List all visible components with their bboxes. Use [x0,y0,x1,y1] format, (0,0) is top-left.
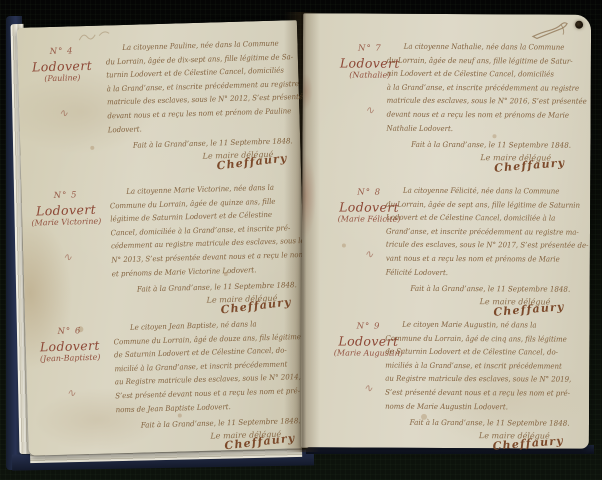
entry-line: miciliés à la Grand’anse, et inscrit pré… [385,358,573,373]
entry-margin: N° 4Lodovert(Pauline)∿ [21,46,103,121]
entry-line: Lodovert et de Célestine Cancel, domicil… [386,211,574,226]
entry-line: vant nous et a reçu les nom et prénoms d… [386,252,574,267]
entry-line: La citoyenne Félicité, née dans la Commu… [386,184,574,199]
register-entry: N° 5Lodovert(Marie Victorine)∿La citoyen… [17,20,297,28]
entry-number: N° 5 [26,190,106,202]
entry-line: noms de Marie Augustin Lodovert. [385,399,573,414]
register-entry: N° 4Lodovert(Pauline)∿La citoyenne Pauli… [17,20,297,28]
entry-line: de Saturnin Lodovert et de Célestine Can… [385,345,573,360]
entry-closing: Fait à la Grand’anse, le 11 Septembre 18… [386,282,588,323]
entry-text: La citoyenne Félicité, née dans la Commu… [386,184,589,323]
entry-closing: Fait à la Grand’anse, le 11 Septembre 18… [116,414,305,459]
entry-dateline: Fait à la Grand’anse, le 11 Septembre 18… [386,138,578,152]
entry-dateline: Fait à la Grand’anse, le 11 Septembre 18… [386,282,578,296]
entry-line: au Registre matricule des esclaves, sous… [385,372,573,387]
entry-given-name: (Jean-Baptiste) [30,352,110,363]
entry-line: tricule des esclaves, sous le N° 2017, S… [386,238,574,253]
entry-closing: Fait à la Grand’anse, le 11 Septembre 18… [108,134,297,179]
entry-line: Grand’anse, et inscrite précédemment au … [386,224,574,239]
paper-hole [575,21,583,29]
register-entry: N° 7Lodovert(Nathalie)∿La citoyenne Nath… [303,13,591,15]
entry-text: La citoyenne Pauline, née dans la Commun… [105,36,297,179]
entry-line: nin Lodovert et de Célestine Cancel, dom… [387,67,575,82]
entry-number: N° 4 [21,46,101,58]
register-entry: N° 8Lodovert(Marie Félicité)∿La citoyenn… [303,13,591,15]
entry-given-name: (Marie Victorine) [26,216,106,227]
entry-given-name: (Pauline) [22,73,102,84]
entry-line: Le citoyen Marie Augustin, né dans la [385,318,573,333]
entry-text: La citoyenne Marie Victorine, née dans l… [109,180,301,323]
entry-line: Nathalie Lodovert. [387,121,575,136]
entry-margin: N° 5Lodovert(Marie Victorine)∿ [26,190,108,265]
entry-text: Le citoyen Marie Augustin, né dans laCom… [385,318,588,457]
entry-line: à la Grand’anse, et inscrite précédemmen… [387,80,575,95]
paraph-mark: ∿ [31,385,111,400]
register-scan-photo: N° 4Lodovert(Pauline)∿La citoyenne Pauli… [0,0,602,480]
entry-margin: N° 6Lodovert(Jean-Baptiste)∿ [29,325,111,400]
left-page: N° 4Lodovert(Pauline)∿La citoyenne Pauli… [17,20,309,456]
entry-line: S’est présenté devant nous et a reçu les… [385,386,573,401]
entry-line: du Lorrain, âgée de sept ans, fille légi… [386,197,574,212]
entry-line: La citoyenne Nathalie, née dans la Commu… [387,40,575,55]
entry-line: Félicité Lodovert. [386,265,574,280]
entry-dateline: Fait à la Grand’anse, le 11 Septembre 18… [385,416,577,430]
paraph-mark: ∿ [23,106,103,121]
entry-line: devant nous et a reçu les nom et prénoms… [387,108,575,123]
register-entry: N° 6Lodovert(Jean-Baptiste)∿Le citoyen J… [17,20,297,28]
paraph-mark: ∿ [27,249,107,264]
foxing-spot [90,146,94,150]
entry-line: du Lorrain, âgée de neuf ans, fille légi… [387,53,575,68]
entry-closing: Fait à la Grand’anse, le 11 Septembre 18… [386,138,588,179]
entry-number: N° 6 [29,325,109,337]
entry-line: Commune du Lorrain, âgé de cinq ans, fil… [385,331,573,346]
entry-line: matricule des esclaves, sous le N° 2016,… [387,94,575,109]
entry-text: La citoyenne Nathalie, née dans la Commu… [386,40,589,179]
entry-closing: Fait à la Grand’anse, le 11 Septembre 18… [385,416,587,457]
right-page: N° 7Lodovert(Nathalie)∿La citoyenne Nath… [301,13,591,449]
register-entry: N° 9Lodovert(Marie Augustin)∿Le citoyen … [303,13,591,15]
entry-text: Le citoyen Jean Baptiste, né dans laComm… [113,316,305,459]
corner-flourish-mark [531,20,577,42]
